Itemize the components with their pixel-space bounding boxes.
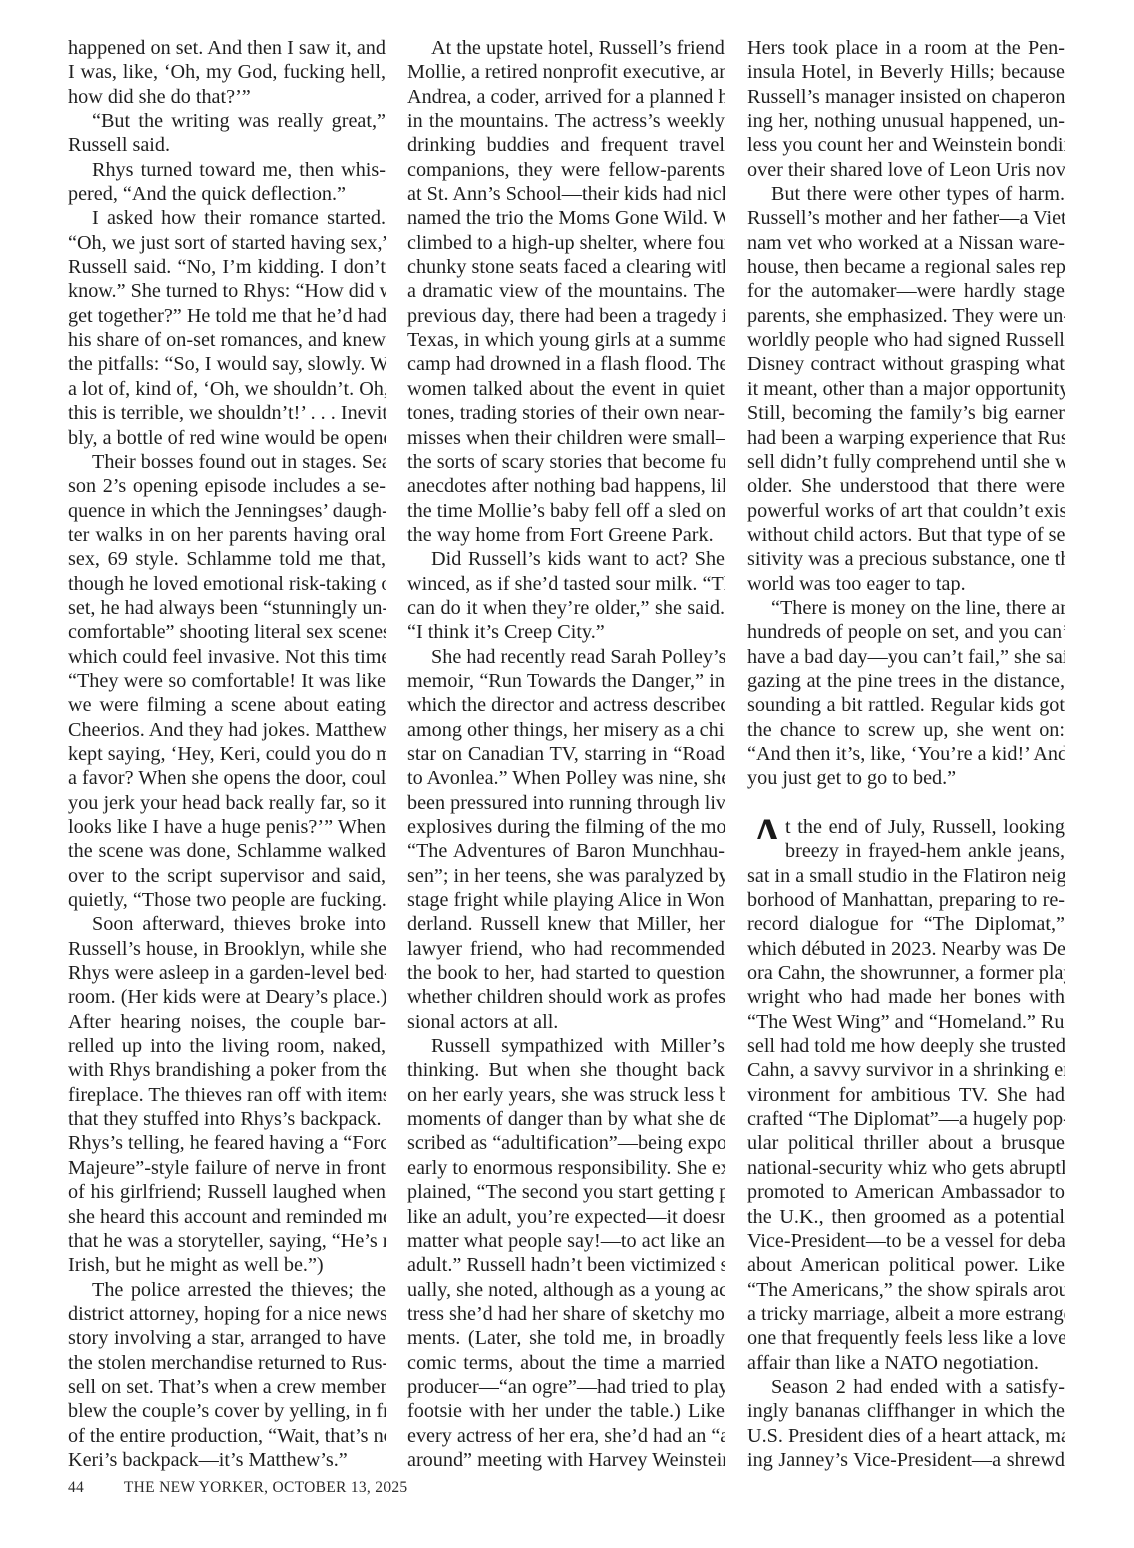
text-line: producer—“an ogre”—had tried to play [407, 1375, 725, 1399]
text-line: which débuted in 2023. Nearby was Deb- [747, 937, 1065, 961]
text-line: sex, 69 style. Schlamme told me that, [68, 547, 386, 571]
page-footer: 44 THE NEW YORKER, OCTOBER 13, 2025 [68, 1476, 407, 1500]
text-line: the book to her, had started to question [407, 961, 725, 985]
text-line: record dialogue for “The Diplomat,” [747, 912, 1065, 936]
text-line: pered, “And the quick deflection.” [68, 182, 386, 206]
article-column-3: Hers took place in a room at the Pen-ins… [747, 36, 1065, 1472]
text-line: among other things, her misery as a chil… [407, 718, 725, 742]
text-line: comic terms, about the time a married [407, 1351, 725, 1375]
magazine-folio: THE NEW YORKER, OCTOBER 13, 2025 [124, 1479, 408, 1496]
text-line: tones, trading stories of their own near… [407, 401, 725, 425]
text-line: “There is money on the line, there are [747, 596, 1065, 620]
text-line: kept saying, ‘Hey, Keri, could you do me [68, 742, 386, 766]
text-line: lawyer friend, who had recommended [407, 937, 725, 961]
text-line: it meant, other than a major opportunity… [747, 377, 1065, 401]
text-line: sell didn’t fully comprehend until she w… [747, 450, 1065, 474]
text-line: stage fright while playing Alice in Won- [407, 888, 725, 912]
text-line: less you count her and Weinstein bonding [747, 133, 1065, 157]
text-line: “Oh, we just sort of started having sex,… [68, 231, 386, 255]
text-line: memoir, “Run Towards the Danger,” in [407, 669, 725, 693]
text-line: moments of danger than by what she de- [407, 1107, 725, 1131]
text-line: Russell said. [68, 133, 386, 157]
text-line: the pitfalls: “So, I would say, slowly. … [68, 352, 386, 376]
text-line: a lot of, kind of, ‘Oh, we shouldn’t. Oh… [68, 377, 386, 401]
text-line: women talked about the event in quiet [407, 377, 725, 401]
text-line: scribed as “adultification”—being expose… [407, 1131, 725, 1155]
text-line: anecdotes after nothing bad happens, lik… [407, 474, 725, 498]
text-line: named the trio the Moms Gone Wild. We [407, 206, 725, 230]
text-line: sat in a small studio in the Flatiron ne… [747, 864, 1065, 888]
text-line: hundreds of people on set, and you can’t [747, 620, 1065, 644]
text-line: a favor? When she opens the door, could [68, 766, 386, 790]
text-line: Rhys’s telling, he feared having a “Forc… [68, 1131, 386, 1155]
text-line: “The Adventures of Baron Munchhau- [407, 839, 725, 863]
text-line: “The West Wing” and “Homeland.” Rus- [747, 1010, 1065, 1034]
text-line: know.” She turned to Rhys: “How did we [68, 279, 386, 303]
text-line: relled up into the living room, naked, [68, 1034, 386, 1058]
text-line: nam vet who worked at a Nissan ware- [747, 231, 1065, 255]
text-line: with Rhys brandishing a poker from the [68, 1058, 386, 1082]
text-line: At the upstate hotel, Russell’s friends [407, 36, 725, 60]
text-line: without child actors. But that type of s… [747, 523, 1065, 547]
text-line: ingly bananas cliffhanger in which the [747, 1399, 1065, 1423]
text-line: son 2’s opening episode includes a se- [68, 474, 386, 498]
drop-cap: A [747, 815, 790, 839]
text-line: you jerk your head back really far, so i… [68, 791, 386, 815]
text-line: Mollie, a retired nonprofit executive, a… [407, 60, 725, 84]
text-line: Texas, in which young girls at a summer [407, 328, 725, 352]
text-line: about American political power. Like [747, 1253, 1065, 1277]
text-line: fireplace. The thieves ran off with item… [68, 1083, 386, 1107]
text-line-content: t the end of July, Russell, looking [785, 816, 1065, 838]
text-line: companions, they were fellow-parents [407, 158, 725, 182]
text-line: breezy in frayed-hem ankle jeans, [747, 839, 1065, 863]
text-line: Andrea, a coder, arrived for a planned h… [407, 85, 725, 109]
text-line: over their shared love of Leon Uris nove… [747, 158, 1065, 182]
text-line: ter walks in on her parents having oral [68, 523, 386, 547]
text-line: you just get to go to bed.” [747, 766, 1065, 790]
text-line: Did Russell’s kids want to act? She [407, 547, 725, 571]
text-line: which could feel invasive. Not this time… [68, 645, 386, 669]
text-line: district attorney, hoping for a nice new… [68, 1302, 386, 1326]
text-line: chunky stone seats faced a clearing with [407, 255, 725, 279]
text-line: national-security whiz who gets abruptly [747, 1156, 1065, 1180]
text-line: Cahn, a savvy survivor in a shrinking en… [747, 1058, 1065, 1082]
text-line: sell had told me how deeply she trusted [747, 1034, 1065, 1058]
text-line: star on Canadian TV, starring in “Road [407, 742, 725, 766]
text-line: the time Mollie’s baby fell off a sled o… [407, 499, 725, 523]
text-line: winced, as if she’d tasted sour milk. “T… [407, 572, 725, 596]
text-line: thinking. But when she thought back [407, 1058, 725, 1082]
text-line: explosives during the filming of the mov… [407, 815, 725, 839]
text-line: the chance to screw up, she went on: [747, 718, 1065, 742]
text-line: parents, she emphasized. They were un- [747, 304, 1065, 328]
text-line: Russell’s mother and her father—a Viet- [747, 206, 1065, 230]
text-line: “The Americans,” the show spirals around [747, 1278, 1065, 1302]
text-line: have a bad day—you can’t fail,” she said… [747, 645, 1065, 669]
text-line: The police arrested the thieves; the [68, 1278, 386, 1302]
text-line: happened on set. And then I saw it, and [68, 36, 386, 60]
text-line: Cheerios. And they had jokes. Matthew [68, 718, 386, 742]
text-line: over to the script supervisor and said, [68, 864, 386, 888]
text-line: this is terrible, we shouldn’t!’ . . . I… [68, 401, 386, 425]
text-line: She had recently read Sarah Polley’s [407, 645, 725, 669]
text-line: Soon afterward, thieves broke into [68, 912, 386, 936]
text-line: whether children should work as profes- [407, 985, 725, 1009]
text-line: Their bosses found out in stages. Sea- [68, 450, 386, 474]
text-line: Season 2 had ended with a satisfy- [747, 1375, 1065, 1399]
magazine-page: happened on set. And then I saw it, andI… [0, 0, 1134, 1548]
text-line: looks like I have a huge penis?’” When [68, 815, 386, 839]
text-line: how did she do that?’” [68, 85, 386, 109]
text-line: After hearing noises, the couple bar- [68, 1010, 386, 1034]
text-line: can do it when they’re older,” she said. [407, 596, 725, 620]
text-line: borhood of Manhattan, preparing to re- [747, 888, 1065, 912]
article-column-2: At the upstate hotel, Russell’s friendsM… [407, 36, 725, 1472]
text-line: to Avonlea.” When Polley was nine, she’d [407, 766, 725, 790]
text-line: sitivity was a precious substance, one t… [747, 547, 1065, 571]
text-line: sen”; in her teens, she was paralyzed by [407, 864, 725, 888]
text-line: his share of on-set romances, and knew [68, 328, 386, 352]
text-line: misses when their children were small— [407, 426, 725, 450]
text-line: quence in which the Jenningses’ daugh- [68, 499, 386, 523]
text-line: that he was a storyteller, saying, “He’s… [68, 1229, 386, 1253]
text-line: footsie with her under the table.) Like [407, 1399, 725, 1423]
text-line: Russell sympathized with Miller’s [407, 1034, 725, 1058]
text-line: the sorts of scary stories that become f… [407, 450, 725, 474]
text-line: been pressured into running through live [407, 791, 725, 815]
text-line: sional actors at all. [407, 1010, 725, 1034]
text-line: powerful works of art that couldn’t exis… [747, 499, 1065, 523]
text-line: ing Janney’s Vice-President—a shrewd [747, 1448, 1065, 1472]
text-line: Hers took place in a room at the Pen- [747, 36, 1065, 60]
text-line: ular political thriller about a brusque [747, 1131, 1065, 1155]
text-line: Still, becoming the family’s big earner [747, 401, 1065, 425]
text-line: “And then it’s, like, ‘You’re a kid!’ An… [747, 742, 1065, 766]
text-line: set, he had always been “stunningly un- [68, 596, 386, 620]
text-line: worldly people who had signed Russell’s [747, 328, 1065, 352]
text-line: Russell’s manager insisted on chaperon- [747, 85, 1065, 109]
text-line: had been a warping experience that Rus- [747, 426, 1065, 450]
page-number: 44 [68, 1476, 120, 1500]
text-line: Russell’s house, in Brooklyn, while she … [68, 937, 386, 961]
text-line: the stolen merchandise returned to Rus- [68, 1351, 386, 1375]
text-line: the U.K., then groomed as a potential [747, 1205, 1065, 1229]
text-line: though he loved emotional risk-taking on [68, 572, 386, 596]
text-line: at St. Ann’s School—their kids had nick- [407, 182, 725, 206]
section-break [747, 791, 1065, 815]
text-line: “I think it’s Creep City.” [407, 620, 725, 644]
text-line: blew the couple’s cover by yelling, in f… [68, 1399, 386, 1423]
text-line: tress she’d had her share of sketchy mo- [407, 1302, 725, 1326]
text-line: previous day, there had been a tragedy i… [407, 304, 725, 328]
text-line: ing her, nothing unusual happened, un- [747, 109, 1065, 133]
text-line: a tricky marriage, albeit a more estrang… [747, 1302, 1065, 1326]
text-line: Rhys turned toward me, then whis- [68, 158, 386, 182]
text-line: ually, she noted, although as a young ac… [407, 1278, 725, 1302]
text-line: a dramatic view of the mountains. The [407, 279, 725, 303]
text-line: the scene was done, Schlamme walked [68, 839, 386, 863]
text-line: house, then became a regional sales rep [747, 255, 1065, 279]
text-line: bly, a bottle of red wine would be opene… [68, 426, 386, 450]
text-line: Vice-President—to be a vessel for debate… [747, 1229, 1065, 1253]
text-line: quietly, “Those two people are fucking.” [68, 888, 386, 912]
text-line: Keri’s backpack—it’s Matthew’s.” [68, 1448, 386, 1472]
text-line: we were filming a scene about eating [68, 693, 386, 717]
text-line: promoted to American Ambassador to [747, 1180, 1065, 1204]
text-line: crafted “The Diplomat”—a hugely pop- [747, 1107, 1065, 1131]
text-line: sell on set. That’s when a crew member [68, 1375, 386, 1399]
text-line: derland. Russell knew that Miller, her [407, 912, 725, 936]
text-line: plained, “The second you start getting p… [407, 1180, 725, 1204]
text-line: insula Hotel, in Beverly Hills; because [747, 60, 1065, 84]
text-line: wright who had made her bones with [747, 985, 1065, 1009]
text-line: camp had drowned in a flash flood. The [407, 352, 725, 376]
article-column-1: happened on set. And then I saw it, andI… [68, 36, 386, 1472]
text-line: Russell said. “No, I’m kidding. I don’t [68, 255, 386, 279]
text-line: adult.” Russell hadn’t been victimized s… [407, 1253, 725, 1277]
text-line: like an adult, you’re expected—it doesn’… [407, 1205, 725, 1229]
text-line: Rhys were asleep in a garden-level bed- [68, 961, 386, 985]
text-line: which the director and actress described… [407, 693, 725, 717]
text-line: ora Cahn, the showrunner, a former play- [747, 961, 1065, 985]
text-line: drinking buddies and frequent travel [407, 133, 725, 157]
text-line: in the mountains. The actress’s weekly [407, 109, 725, 133]
text-line: that they stuffed into Rhys’s backpack. … [68, 1107, 386, 1131]
text-line: “But the writing was really great,” [68, 109, 386, 133]
text-line: for the automaker—were hardly stage [747, 279, 1065, 303]
text-line: every actress of her era, she’d had an “… [407, 1424, 725, 1448]
text-line: U.S. President dies of a heart attack, m… [747, 1424, 1065, 1448]
text-line: on her early years, she was struck less … [407, 1083, 725, 1107]
text-line: of the entire production, “Wait, that’s … [68, 1424, 386, 1448]
text-line: older. She understood that there were [747, 474, 1065, 498]
text-line: comfortable” shooting literal sex scenes… [68, 620, 386, 644]
text-line: world was too eager to tap. [747, 572, 1065, 596]
text-line: At the end of July, Russell, looking [747, 815, 1065, 839]
text-line: affair than like a NATO negotiation. [747, 1351, 1065, 1375]
text-line: early to enormous responsibility. She ex… [407, 1156, 725, 1180]
text-line: climbed to a high-up shelter, where four [407, 231, 725, 255]
text-line: around” meeting with Harvey Weinstein. [407, 1448, 725, 1472]
text-line: “They were so comfortable! It was like [68, 669, 386, 693]
text-line: Majeure”-style failure of nerve in front [68, 1156, 386, 1180]
text-line: But there were other types of harm. [747, 182, 1065, 206]
text-line: I asked how their romance started. [68, 206, 386, 230]
text-line: room. (Her kids were at Deary’s place.) [68, 985, 386, 1009]
text-line: vironment for ambitious TV. She had [747, 1083, 1065, 1107]
text-line: ments. (Later, she told me, in broadly [407, 1326, 725, 1350]
text-line: one that frequently feels less like a lo… [747, 1326, 1065, 1350]
text-line: Disney contract without grasping what [747, 352, 1065, 376]
text-line: she heard this account and reminded me [68, 1205, 386, 1229]
text-line: the way home from Fort Greene Park. [407, 523, 725, 547]
text-line: story involving a star, arranged to have [68, 1326, 386, 1350]
text-line: Irish, but he might as well be.”) [68, 1253, 386, 1277]
text-line: sounding a bit rattled. Regular kids got [747, 693, 1065, 717]
text-line: gazing at the pine trees in the distance… [747, 669, 1065, 693]
text-line: matter what people say!—to act like an [407, 1229, 725, 1253]
text-line: get together?” He told me that he’d had [68, 304, 386, 328]
text-line: I was, like, ‘Oh, my God, fucking hell, [68, 60, 386, 84]
text-line: of his girlfriend; Russell laughed when [68, 1180, 386, 1204]
